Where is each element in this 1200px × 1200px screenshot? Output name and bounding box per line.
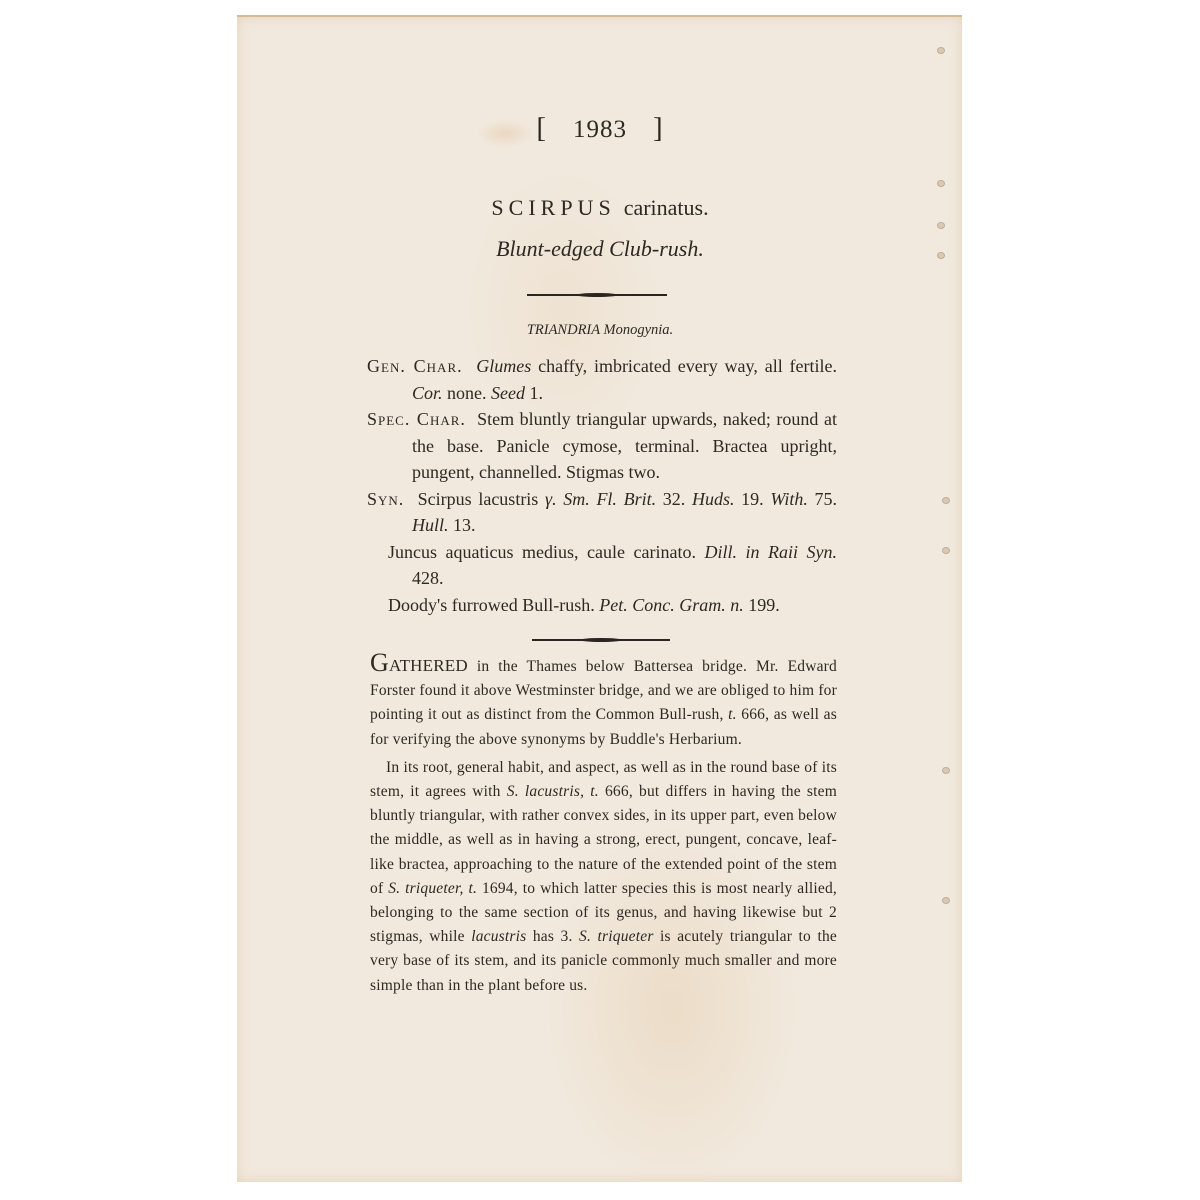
page-edge-nick — [942, 767, 950, 774]
page-edge-nick — [937, 222, 945, 229]
close-bracket: ] — [653, 112, 664, 144]
gen-char-text: none. — [443, 383, 492, 403]
gen-char-text: 1. — [525, 383, 543, 403]
species-epithet: carinatus. — [624, 195, 709, 220]
drop-cap: G — [370, 648, 389, 677]
page-edge-nick — [942, 547, 950, 554]
open-bracket: [ — [536, 112, 547, 144]
synonym-text: Scirpus lacustris — [418, 489, 545, 509]
gen-char-text: Cor. — [412, 383, 443, 403]
synonym-text: 428. — [412, 568, 444, 588]
paragraph-text: S. triqueter — [579, 928, 654, 945]
description-paragraph: In its root, general habit, and aspect, … — [370, 756, 837, 998]
synonym-text: Hull. — [412, 515, 449, 535]
paragraph-text: lacustris — [471, 928, 526, 945]
synonym-text: 32. — [656, 489, 692, 509]
plate-number-value: 1983 — [573, 116, 627, 143]
synonym-text: Doody's furrowed Bull-rush. — [388, 595, 599, 615]
linnaean-classification: TRIANDRIA Monogynia. — [190, 322, 1010, 339]
ornamental-divider — [532, 638, 670, 642]
classification-text: TRIANDRIA Monogynia. — [527, 322, 673, 338]
synonym-text: 13. — [449, 515, 476, 535]
synonym-text: Huds. — [692, 489, 735, 509]
generic-character: Gen. Char. Glumes chaffy, imbricated eve… — [367, 353, 837, 406]
ornamental-divider — [527, 293, 667, 297]
synonym-text: With. — [770, 489, 808, 509]
synonym-text: 199. — [744, 595, 780, 615]
page-edge-nick — [942, 497, 950, 504]
gen-char-label: Gen. Char. — [367, 356, 463, 376]
page-edge-nick — [937, 47, 945, 54]
synonym-text: Dill. in Raii Syn. — [704, 542, 837, 562]
synonym-entry: Doody's furrowed Bull-rush. Pet. Conc. G… — [367, 592, 837, 619]
paragraph-text: has 3. — [526, 928, 579, 945]
plate-number: [1983] — [190, 112, 1010, 145]
synonym-text: γ. Sm. Fl. Brit. — [545, 489, 656, 509]
paragraph-text: S. triqueter, t. — [388, 880, 477, 897]
specific-character: Spec. Char. Stem bluntly triangular upwa… — [367, 406, 837, 486]
syn-label: Syn. — [367, 489, 404, 509]
synonym-text: 19. — [734, 489, 770, 509]
species-title: SCIRPUScarinatus. — [190, 195, 1010, 221]
synonym-text: Juncus aquaticus medius, caule carinato. — [388, 542, 704, 562]
paragraph-text: S. lacustris, t. — [507, 783, 599, 800]
common-name: Blunt-edged Club-rush. — [190, 236, 1010, 262]
description-body: GATHERED in the Thames below Battersea b… — [370, 653, 837, 998]
synonym-text: Pet. Conc. Gram. n. — [599, 595, 743, 615]
genus-name: SCIRPUS — [491, 195, 615, 220]
gen-char-text: Seed — [491, 383, 525, 403]
gen-char-text: Glumes — [476, 356, 531, 376]
gen-char-text: chaffy, imbricated every way, all fertil… — [531, 356, 837, 376]
description-paragraph: GATHERED in the Thames below Battersea b… — [370, 653, 837, 752]
characters-block: Gen. Char. Glumes chaffy, imbricated eve… — [367, 353, 837, 618]
paragraph-text: t. — [728, 706, 737, 723]
spec-char-label: Spec. Char. — [367, 409, 466, 429]
first-word: ATHERED — [389, 656, 468, 675]
synonym-entry: Syn. Scirpus lacustris γ. Sm. Fl. Brit. … — [367, 486, 837, 539]
synonym-text: 75. — [808, 489, 837, 509]
page-edge-nick — [937, 180, 945, 187]
page-edge-nick — [942, 897, 950, 904]
synonym-entry: Juncus aquaticus medius, caule carinato.… — [367, 539, 837, 592]
spec-char-text: Stem bluntly triangular upwards, naked; … — [412, 409, 837, 482]
